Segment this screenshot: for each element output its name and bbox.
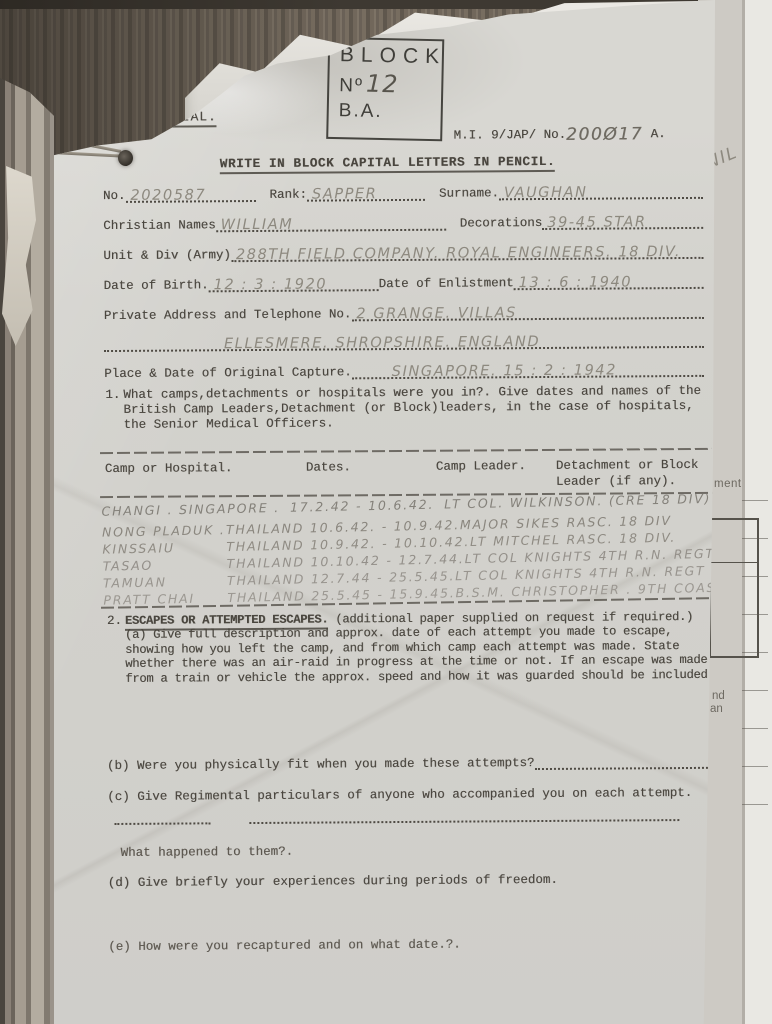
stamp-no-prefix: Nº: [339, 75, 364, 97]
page-content: CONFIDENTIAL. BLOCK Nº12 B.A. M.I. 9/JAP…: [51, 0, 721, 1024]
field-address-line1: 2 GRANGE. VILLAS: [351, 304, 704, 321]
dots-segment: [249, 808, 679, 824]
form-row-number-rank-surname: No. 2020587 Rank: SAPPER Surname. VAUGHA…: [103, 184, 703, 203]
question-c-text: (c) Give Regimental particulars of anyon…: [107, 786, 692, 804]
field-decorations-value: 39-45 STAR: [547, 214, 647, 231]
question-1: 1. What camps,detachments or hospitals w…: [123, 384, 703, 432]
field-label-no: No.: [103, 189, 126, 203]
field-label-surname: Surname.: [439, 186, 499, 200]
field-dob: 12 : 3 : 1920: [209, 276, 379, 292]
field-rank-value: SAPPER: [312, 186, 378, 202]
stamp-number-line: Nº12: [339, 69, 432, 99]
stamp-ba-line: B.A.: [339, 100, 431, 124]
field-christian-names: WILLIAM: [216, 216, 446, 233]
field-enlistment-value: 13 : 6 : 1940: [519, 274, 633, 291]
block-number-stamp: BLOCK Nº12 B.A.: [326, 37, 444, 141]
field-label-address: Private Address and Telephone No.: [104, 307, 352, 323]
scanned-document-photo: NIL ment nd an CONFIDENTIAL. BLOCK Nº12 …: [0, 0, 772, 1024]
question-d-text: (d) Give briefly your experiences during…: [108, 873, 558, 890]
field-unit: 288TH FIELD COMPANY. ROYAL ENGINEERS. 18…: [231, 244, 704, 262]
field-label-christian-names: Christian Names: [103, 218, 216, 233]
dots-segment: [114, 811, 210, 825]
torn-paper-fragment: [2, 166, 36, 346]
question-e-text: (e) How were you recaptured and on what …: [108, 938, 461, 954]
binder-spine-left-edge: [0, 78, 54, 1024]
form-row-capture: Place & Date of Original Capture. SINGAP…: [104, 362, 704, 381]
ref-number-handwritten: 200Ø17: [566, 124, 643, 145]
form-row-address-2: ELLESMERE. SHROPSHIRE. ENGLAND: [104, 333, 704, 352]
table-top-rule: [100, 448, 712, 454]
form-row-unit: Unit & Div (Army) 288TH FIELD COMPANY. R…: [103, 244, 703, 263]
form-row-names-decorations: Christian Names WILLIAM Decorations 39-4…: [103, 214, 703, 233]
camp-name: CHANGI . SINGAPORE .: [101, 499, 280, 520]
question-b-text: (b) Were you physically fit when you mad…: [107, 756, 535, 773]
question-c-followup: What happened to them?.: [121, 845, 294, 860]
field-enlistment: 13 : 6 : 1940: [514, 274, 704, 290]
pow-questionnaire-page: CONFIDENTIAL. BLOCK Nº12 B.A. M.I. 9/JAP…: [52, 0, 715, 1024]
field-address-value2: ELLESMERE. SHROPSHIRE. ENGLAND: [224, 334, 540, 352]
question-1-text: What camps,detachments or hospitals were…: [123, 384, 701, 432]
field-capture: SINGAPORE. 15 : 2 : 1942: [352, 362, 705, 379]
camp-leader: LT COL. WILKINSON. (CRE 18 DIV): [444, 491, 711, 512]
field-surname: VAUGHAN: [499, 184, 703, 200]
field-capture-value: SINGAPORE. 15 : 2 : 1942: [392, 362, 617, 380]
field-rank: SAPPER: [307, 186, 425, 202]
field-label-enlistment: Date of Enlistment: [379, 276, 514, 291]
camp-history-entries: CHANGI . SINGAPORE .17.2.42 - 10.6.42.LT…: [101, 489, 763, 609]
field-label-unit: Unit & Div (Army): [103, 248, 231, 263]
camp-dates: 17.2.42 - 10.6.42.: [290, 496, 435, 516]
question-1-number: 1.: [105, 388, 120, 403]
margin-text-an: an: [710, 703, 723, 715]
question-2-number: 2.: [107, 614, 122, 629]
col-header-detachment: Detachment or Block Leader (if any).: [556, 458, 706, 490]
form-row-address: Private Address and Telephone No. 2 GRAN…: [104, 304, 704, 323]
field-dob-value: 12 : 3 : 1920: [214, 276, 328, 293]
reference-number-line: M.I. 9/JAP/ No.200Ø17 A.: [453, 122, 665, 143]
col-header-leader: Camp Leader.: [436, 459, 526, 474]
question-2: 2. ESCAPES OR ATTEMPTED ESCAPES. (additi…: [125, 610, 721, 686]
field-label-rank: Rank:: [269, 188, 307, 202]
ref-suffix: A.: [651, 127, 666, 141]
field-decorations: 39-45 STAR: [542, 214, 703, 230]
field-label-decorations: Decorations: [460, 216, 543, 231]
form-row-dates: Date of Birth. 12 : 3 : 1920 Date of Enl…: [104, 274, 704, 293]
field-label-dob: Date of Birth.: [104, 278, 209, 293]
question-b-answer-line: [534, 754, 722, 770]
question-c-answer-line: [114, 808, 679, 830]
margin-text-nd: nd: [712, 690, 725, 702]
margin-text-ment: ment: [714, 478, 742, 490]
question-b-row: (b) Were you physically fit when you mad…: [107, 754, 707, 773]
field-christian-names-value: WILLIAM: [221, 217, 294, 234]
field-unit-value: 288TH FIELD COMPANY. ROYAL ENGINEERS. 18…: [236, 244, 681, 263]
col-header-dates: Dates.: [306, 460, 351, 474]
ruled-lines-edge: [742, 500, 768, 810]
field-surname-value: VAUGHAN: [504, 185, 588, 202]
ref-label: M.I. 9/JAP/ No.: [454, 128, 567, 143]
field-no-value: 2020587: [130, 187, 206, 204]
page-instruction-title: WRITE IN BLOCK CAPITAL LETTERS IN PENCIL…: [220, 154, 555, 174]
stamp-block-word: BLOCK: [340, 43, 432, 69]
field-address-value1: 2 GRANGE. VILLAS: [356, 305, 517, 322]
stamp-no-value: 12: [366, 70, 399, 99]
field-label-capture: Place & Date of Original Capture.: [104, 365, 352, 381]
field-address-line2: ELLESMERE. SHROPSHIRE. ENGLAND: [104, 333, 704, 352]
col-header-camp: Camp or Hospital.: [105, 461, 233, 476]
field-no: 2020587: [125, 187, 255, 203]
question-2a-text: (a) Give full description and approx. da…: [125, 624, 715, 685]
